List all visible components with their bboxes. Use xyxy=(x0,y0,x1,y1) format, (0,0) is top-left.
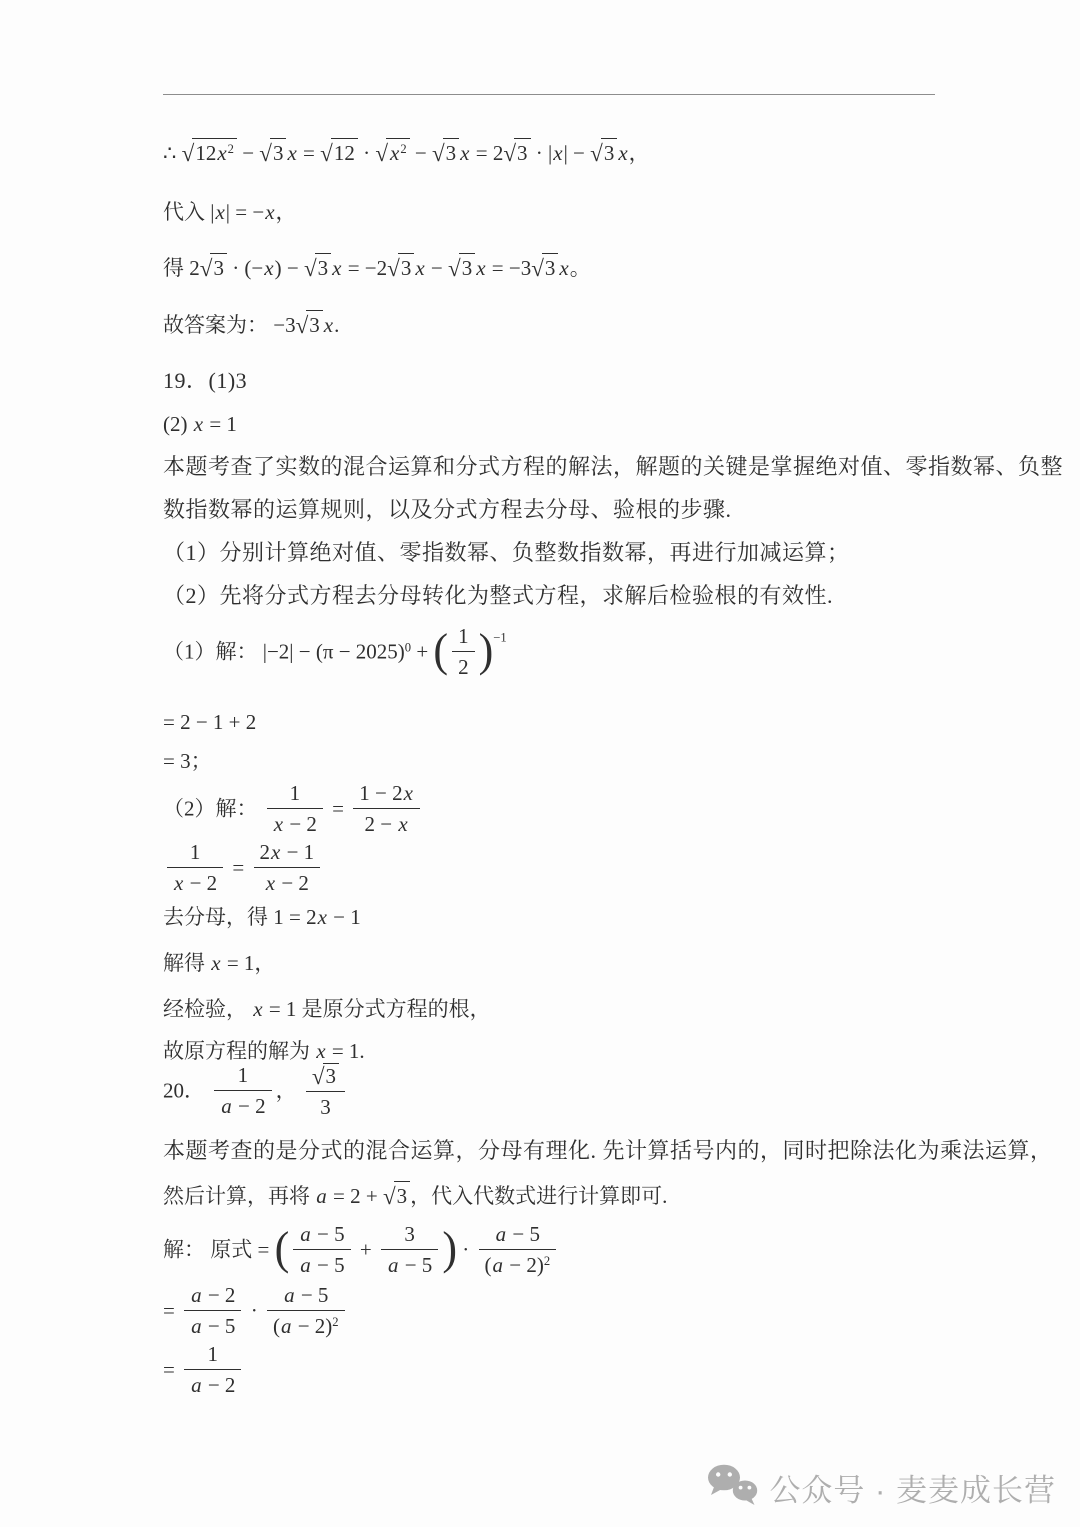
radicand: 3 xyxy=(459,253,476,282)
radicand: 12 xyxy=(331,138,358,167)
denominator: 3 xyxy=(306,1092,345,1119)
numerator: a − 5 xyxy=(267,1283,345,1311)
radicand: 3 xyxy=(542,253,559,282)
math-text: = xyxy=(298,141,320,165)
radical-sign: √ xyxy=(375,140,388,166)
big-paren: ) xyxy=(479,620,494,682)
radical-sign: √ xyxy=(432,140,445,166)
sqrt: √x2 xyxy=(375,137,409,168)
math-variable: x xyxy=(173,871,184,895)
radical-sign: √ xyxy=(200,255,213,281)
math-variable: x xyxy=(270,840,281,864)
solution-19-1-result: = 3； xyxy=(163,747,212,775)
sqrt: √3 xyxy=(531,252,558,283)
math-text: − xyxy=(426,256,448,280)
divider xyxy=(163,94,935,95)
radical-sign: √ xyxy=(296,312,309,338)
radical-sign: √ xyxy=(590,140,603,166)
math-variable: x xyxy=(252,997,263,1021)
numerator: 2x − 1 xyxy=(254,840,321,868)
radicand: 3 xyxy=(398,253,415,282)
sqrt: √12x2 xyxy=(182,137,237,168)
math-text: 3 xyxy=(462,256,473,280)
numerator: 1 xyxy=(214,1063,271,1091)
math-variable: a xyxy=(299,1222,312,1246)
sqrt: √3 xyxy=(312,1062,339,1089)
math-text: = 1 是原分式方程的根， xyxy=(264,997,491,1021)
denominator: x − 2 xyxy=(254,868,321,895)
math-text: 3 xyxy=(309,313,320,337)
math-text: 20． xyxy=(163,1079,210,1103)
solution-20-expression: 解： 原式 = (a − 5a − 5 + 3a − 5) · a − 5(a … xyxy=(163,1222,560,1282)
fraction: 1a − 2 xyxy=(214,1063,271,1118)
analysis-20-line2: 然后计算，再将 a = 2 + √3，代入代数式进行计算即可. xyxy=(163,1180,667,1211)
sqrt: √3 xyxy=(304,252,331,283)
radicand: 3 xyxy=(601,138,618,167)
big-paren: ( xyxy=(275,1218,290,1280)
math-text: − 5 xyxy=(312,1222,345,1246)
math-text: = −3 xyxy=(487,256,532,280)
math-text: 3 xyxy=(397,1184,408,1208)
math-text: 3 xyxy=(318,256,329,280)
math-text: − xyxy=(410,141,432,165)
math-text: 1 xyxy=(208,1342,219,1366)
sqrt: √12 xyxy=(320,137,358,168)
formula-answer: 故答案为： −3√3x. xyxy=(163,309,339,340)
fraction: 1 − 2x2 − x xyxy=(353,781,420,836)
math-text: · | xyxy=(531,141,553,165)
fraction: a − 5(a − 2)2 xyxy=(267,1283,345,1338)
math-variable: a xyxy=(280,1314,293,1338)
math-text: − 2) xyxy=(292,1314,332,1338)
solution-20-result: = 1a − 2 xyxy=(163,1344,245,1399)
math-text: − 2 xyxy=(284,812,317,836)
denominator: (a − 2)2 xyxy=(267,1311,345,1338)
denominator: a − 5 xyxy=(184,1311,241,1338)
denominator: 2 − x xyxy=(353,809,420,836)
fraction: 1a − 2 xyxy=(184,1342,241,1397)
solution-20-step2: = a − 2a − 5 · a − 5(a − 2)2 xyxy=(163,1285,349,1340)
math-text: − 5 xyxy=(203,1314,236,1338)
math-text: 1 xyxy=(238,1063,249,1087)
math-text: + xyxy=(355,1238,377,1262)
math-text: 3 xyxy=(604,141,615,165)
math-variable: a xyxy=(190,1373,203,1397)
fraction: a − 5(a − 2)2 xyxy=(479,1222,557,1277)
numerator: 3 xyxy=(381,1222,438,1250)
fraction: 12 xyxy=(452,624,475,679)
math-variable: a xyxy=(492,1253,505,1277)
sqrt: √3 xyxy=(503,137,530,168)
sqrt: √3 xyxy=(387,252,414,283)
math-variable: x xyxy=(558,256,569,280)
math-text: − 5 xyxy=(312,1253,345,1277)
radicand: x2 xyxy=(386,138,410,167)
math-text: 1 xyxy=(290,781,301,805)
math-text: ，代入代数式进行计算即可. xyxy=(410,1184,667,1208)
radical-sign: √ xyxy=(448,255,461,281)
answer-20: 20． 1a − 2， √33 xyxy=(163,1064,349,1122)
math-text: = 1 xyxy=(204,412,237,436)
sqrt: √3 xyxy=(200,252,227,283)
math-variable: x xyxy=(414,256,425,280)
math-text: = 2 + xyxy=(328,1184,383,1208)
math-variable: x xyxy=(331,256,342,280)
math-variable: x xyxy=(323,313,334,337)
denominator: 2 xyxy=(452,652,475,679)
numerator: 1 − 2x xyxy=(353,781,420,809)
numerator: 1 xyxy=(167,840,223,868)
solution-19-2-solve: 解得 x = 1， xyxy=(163,949,275,977)
math-text: 代入 | xyxy=(163,200,214,224)
watermark-label: 公众号 · 麦麦成长营 xyxy=(769,1465,1056,1510)
denominator: a − 2 xyxy=(214,1091,271,1118)
fraction: 2x − 1x − 2 xyxy=(254,840,321,895)
radicand: 3 xyxy=(394,1181,411,1210)
radical-sign: √ xyxy=(503,140,516,166)
math-text: 2 xyxy=(260,840,271,864)
math-text: 。 xyxy=(570,256,591,280)
formula-substitute: 代入 |x| = −x， xyxy=(163,198,297,226)
math-text: ， xyxy=(276,200,297,224)
radicand: 3 xyxy=(270,138,287,167)
math-variable: a xyxy=(495,1222,508,1246)
denominator: x − 2 xyxy=(267,809,323,836)
answer-19-part1: 19．(1)3 xyxy=(163,366,247,396)
sqrt: √3 xyxy=(296,309,323,340)
denominator: x − 2 xyxy=(167,868,223,895)
math-variable: a xyxy=(190,1283,203,1307)
sqrt: √3 xyxy=(432,137,459,168)
math-text: = xyxy=(227,855,249,879)
sqrt: √3 xyxy=(448,252,475,283)
formula-result: 得 2√3 · (−x) − √3x = −2√3x − √3x = −3√3x… xyxy=(163,252,591,283)
math-variable: x xyxy=(459,141,470,165)
math-text: · xyxy=(245,1298,263,1322)
math-text: ( xyxy=(485,1253,492,1277)
math-text: 解： 原式 = xyxy=(163,1238,275,1262)
math-variable: x xyxy=(193,412,204,436)
math-variable: x xyxy=(617,141,628,165)
math-text: ) − xyxy=(275,256,304,280)
fraction: a − 5a − 5 xyxy=(293,1222,350,1277)
math-text: ， xyxy=(276,1079,302,1103)
math-variable: x xyxy=(214,200,225,224)
math-text: ∴ xyxy=(163,141,182,165)
analysis-19-line1: 本题考查了实数的混合运算和分式方程的解法，解题的关键是掌握绝对值、零指数幂、负整 xyxy=(163,452,1063,482)
solution-19-2-step2: 1x − 2 = 2x − 1x − 2 xyxy=(163,842,324,897)
math-text: · (− xyxy=(227,256,263,280)
math-text: 3 xyxy=(545,256,556,280)
math-text: = 3； xyxy=(163,749,212,773)
sqrt: √3 xyxy=(259,137,286,168)
numerator: 1 xyxy=(267,781,323,809)
radical-sign: √ xyxy=(387,255,400,281)
big-paren: ) xyxy=(442,1218,457,1280)
numerator: a − 5 xyxy=(479,1222,557,1250)
math-text: ， xyxy=(629,141,650,165)
denominator: a − 5 xyxy=(381,1250,438,1277)
big-paren: ( xyxy=(433,620,448,682)
math-variable: a xyxy=(190,1314,203,1338)
analysis-20-line1: 本题考查的是分式的混合运算，分母有理化. 先计算括号内的，同时把除法化为乘法运算… xyxy=(163,1136,1053,1166)
math-variable: x xyxy=(403,781,414,805)
math-text: 3 xyxy=(517,141,528,165)
math-variable: x xyxy=(397,812,408,836)
math-text: 1 xyxy=(190,840,201,864)
math-variable: a xyxy=(283,1283,296,1307)
math-variable: x xyxy=(265,871,276,895)
fraction: 3a − 5 xyxy=(381,1222,438,1277)
radicand: 3 xyxy=(210,253,227,282)
math-text: 12 xyxy=(195,141,216,165)
solution-19-1-step2: = 2 − 1 + 2 xyxy=(163,708,256,736)
analysis-19-line2: 数指数幂的运算规则，以及分式方程去分母、验根的步骤. xyxy=(163,495,732,525)
math-text: − xyxy=(237,141,259,165)
math-text: = 1. xyxy=(327,1039,365,1063)
math-variable: a xyxy=(299,1253,312,1277)
numerator: 1 xyxy=(184,1342,241,1370)
math-text: 1 xyxy=(458,624,469,648)
radical-sign: √ xyxy=(312,1063,325,1089)
sqrt: √3 xyxy=(383,1180,410,1211)
superscript: 2 xyxy=(400,142,406,156)
denominator: (a − 2)2 xyxy=(479,1250,557,1277)
fraction: 1x − 2 xyxy=(267,781,323,836)
radicand: 3 xyxy=(443,138,460,167)
radical-sign: √ xyxy=(304,255,317,281)
math-text: − 2) xyxy=(504,1253,544,1277)
math-variable: x xyxy=(317,905,328,929)
math-text: 3 xyxy=(401,256,412,280)
fraction: a − 2a − 5 xyxy=(184,1283,241,1338)
math-variable: x xyxy=(286,141,297,165)
math-text: 2 xyxy=(458,655,469,679)
math-text: ( xyxy=(273,1314,280,1338)
solution-19-2-clear-denominator: 去分母，得 1 = 2x − 1 xyxy=(163,903,361,931)
math-text: 12 xyxy=(334,141,355,165)
radical-sign: √ xyxy=(383,1183,396,1209)
math-text: (2) xyxy=(163,412,193,436)
fraction: 1x − 2 xyxy=(167,840,223,895)
math-text: 3 xyxy=(404,1222,415,1246)
math-text: 1 − 2 xyxy=(359,781,402,805)
math-text: 3 xyxy=(446,141,457,165)
math-text: 故答案为： −3 xyxy=(163,313,296,337)
math-variable: x xyxy=(475,256,486,280)
solution-19-1-expression: （1）解： |−2| − (π − 2025)0 + (12)−1 xyxy=(163,624,507,684)
math-text: . xyxy=(334,313,339,337)
math-text: 得 2 xyxy=(163,256,200,280)
superscript: 2 xyxy=(544,1254,550,1268)
hint-19-step1: （1）分别计算绝对值、零指数幂、负整数指数幂，再进行加减运算； xyxy=(163,538,850,568)
math-variable: x xyxy=(315,1039,326,1063)
math-text: = xyxy=(327,796,349,820)
numerator: a − 5 xyxy=(293,1222,350,1250)
math-variable: x xyxy=(389,141,400,165)
solution-19-2-equation: （2）解： 1x − 2 = 1 − 2x2 − x xyxy=(163,783,424,838)
math-text: · xyxy=(457,1238,475,1262)
formula-therefore: ∴ √12x2 − √3x = √12 · √x2 − √3x = 2√3 · … xyxy=(163,137,650,168)
math-variable: x xyxy=(273,812,284,836)
math-text: | = − xyxy=(226,200,264,224)
radical-sign: √ xyxy=(259,140,272,166)
math-variable: x xyxy=(264,200,275,224)
solution-19-2-check: 经检验， x = 1 是原分式方程的根， xyxy=(163,995,491,1023)
radical-sign: √ xyxy=(182,140,195,166)
math-text: 3 xyxy=(213,256,224,280)
math-text: = 2 xyxy=(471,141,504,165)
math-variable: x xyxy=(552,141,563,165)
superscript: 2 xyxy=(332,1315,338,1329)
denominator: a − 2 xyxy=(184,1370,241,1397)
math-text: + xyxy=(411,640,433,664)
math-text: 去分母，得 1 = 2 xyxy=(163,905,317,929)
math-text: 然后计算，再将 xyxy=(163,1184,315,1208)
hint-19-step2: （2）先将分式方程去分母转化为整式方程，求解后检验根的有效性. xyxy=(163,581,833,611)
denominator: a − 5 xyxy=(293,1250,350,1277)
radicand: 3 xyxy=(323,1063,340,1088)
math-variable: a xyxy=(387,1253,400,1277)
math-text: = −2 xyxy=(342,256,387,280)
wechat-icon xyxy=(707,1464,759,1511)
math-text: − 5 xyxy=(507,1222,540,1246)
math-text: | − xyxy=(564,141,591,165)
math-variable: a xyxy=(220,1094,233,1118)
math-text: − 2 xyxy=(233,1094,266,1118)
superscript: −1 xyxy=(493,631,506,645)
radical-sign: √ xyxy=(320,140,333,166)
math-variable: x xyxy=(210,951,221,975)
radicand: 3 xyxy=(306,310,323,339)
math-text: （1）解： |−2| − (π − 2025) xyxy=(163,640,405,664)
math-text: − 5 xyxy=(296,1283,329,1307)
answer-19-part2: (2) x = 1 xyxy=(163,410,237,438)
math-text: − 1 xyxy=(328,905,361,929)
page: ∴ √12x2 − √3x = √12 · √x2 − √3x = 2√3 · … xyxy=(0,0,1080,1527)
sqrt: √3 xyxy=(590,137,617,168)
math-text: − 2 xyxy=(203,1283,236,1307)
numerator: 1 xyxy=(452,624,475,652)
math-text: 故原方程的解为 xyxy=(163,1039,315,1063)
radicand: 3 xyxy=(514,138,531,167)
math-text: − 2 xyxy=(203,1373,236,1397)
math-variable: x xyxy=(263,256,274,280)
math-text: （2）解： xyxy=(163,796,263,820)
radical-sign: √ xyxy=(531,255,544,281)
math-variable: a xyxy=(315,1184,328,1208)
math-text: = 2 − 1 + 2 xyxy=(163,710,256,734)
numerator: a − 2 xyxy=(184,1283,241,1311)
math-text: − 2 xyxy=(184,871,217,895)
math-text: − 1 xyxy=(281,840,314,864)
superscript: 2 xyxy=(228,142,234,156)
math-text: = xyxy=(163,1298,180,1322)
math-variable: x xyxy=(216,141,227,165)
math-text: 3 xyxy=(326,1064,337,1088)
math-text: = xyxy=(163,1357,180,1381)
watermark: 公众号 · 麦麦成长营 xyxy=(707,1464,1056,1511)
math-text: 解得 xyxy=(163,951,210,975)
math-text: · xyxy=(358,141,376,165)
numerator: √3 xyxy=(306,1062,345,1093)
radicand: 12x2 xyxy=(192,138,237,167)
fraction: √33 xyxy=(306,1062,345,1120)
math-text: 3 xyxy=(320,1095,331,1119)
math-text: 经检验， xyxy=(163,997,252,1021)
math-text: − 2 xyxy=(276,871,309,895)
math-text: 3 xyxy=(273,141,284,165)
radicand: 3 xyxy=(315,253,332,282)
math-text: − 5 xyxy=(399,1253,432,1277)
math-text: = 1， xyxy=(222,951,276,975)
math-text: 2 − xyxy=(365,812,398,836)
